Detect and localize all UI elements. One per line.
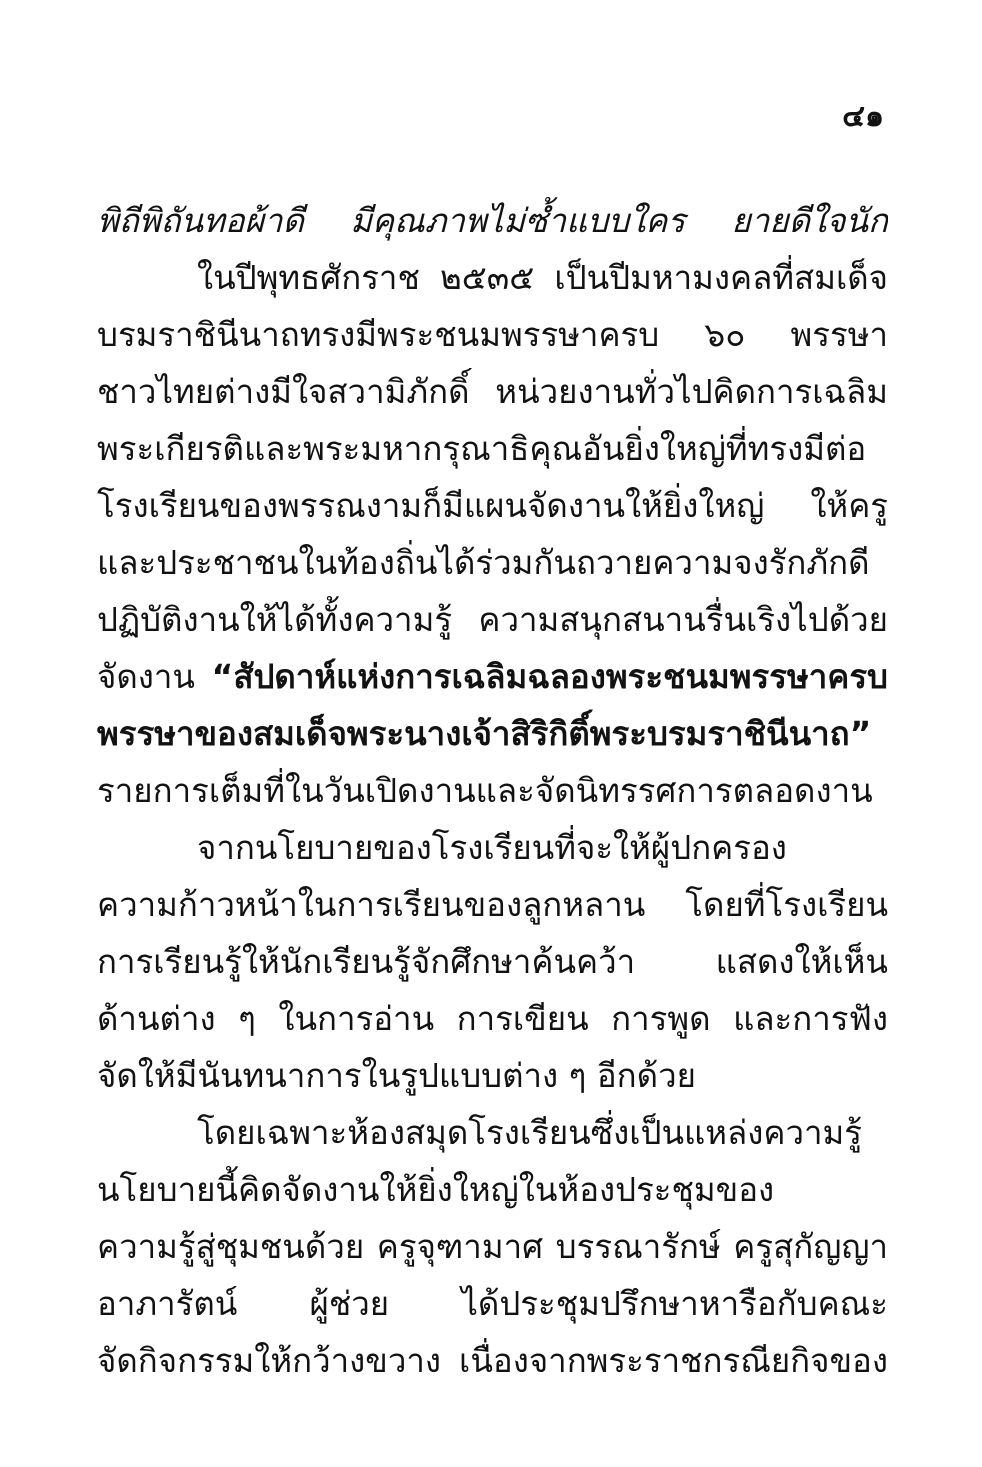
body-text: นโยบายนี้คิดจัดงานให้ยิ่งใหญ่ในห้องประชุ… xyxy=(97,1170,888,1218)
body-text: การเรียนรู้ให้นักเรียนรู้จักศึกษาค้นคว้า… xyxy=(97,942,888,990)
body-text: อาภารัตน์ ผู้ช่วย ได้ประชุมปรึกษาหารือกั… xyxy=(97,1284,888,1332)
emphasized-text: พรรษาของสมเด็จพระนางเจ้าสิริกิติ์พระบรมร… xyxy=(97,714,871,753)
page-number: ๔๑ xyxy=(842,100,884,134)
text-line: พระเกียรติและพระมหากรุณาธิคุณอันยิ่งใหญ่… xyxy=(97,420,888,477)
text-line: ปฏิบัติงานให้ได้ทั้งความรู้ ความสนุกสนาน… xyxy=(97,591,888,648)
text-line: ความก้าวหน้าในการเรียนของลูกหลาน โดยที่โ… xyxy=(97,876,888,933)
body-text: ด้านต่าง ๆ ในการอ่าน การเขียน การพูด และ… xyxy=(97,999,888,1047)
body-text: จัดกิจกรรมให้กว้างขวาง เนื่องจากพระราชกร… xyxy=(97,1341,888,1389)
text-line: อาภารัตน์ ผู้ช่วย ได้ประชุมปรึกษาหารือกั… xyxy=(97,1275,888,1332)
text-line: ในปีพุทธศักราช ๒๕๓๕ เป็นปีมหามงคลที่สมเด… xyxy=(97,249,888,306)
text-line: นโยบายนี้คิดจัดงานให้ยิ่งใหญ่ในห้องประชุ… xyxy=(97,1161,888,1218)
text-line: พรรษาของสมเด็จพระนางเจ้าสิริกิติ์พระบรมร… xyxy=(97,705,888,762)
text-line: การเรียนรู้ให้นักเรียนรู้จักศึกษาค้นคว้า… xyxy=(97,933,888,990)
body-text: พิถีพิถันทอผ้าดี มีคุณภาพไม่ซ้ำแบบใคร ยา… xyxy=(97,201,888,249)
text-line: จากนโยบายของโรงเรียนที่จะให้ผู้ปกครองนัก… xyxy=(97,819,888,876)
scanned-book-page: ๔๑ พิถีพิถันทอผ้าดี มีคุณภาพไม่ซ้ำแบบใคร… xyxy=(0,0,982,1467)
body-text: ในปีพุทธศักราช ๒๕๓๕ เป็นปีมหามงคลที่สมเด… xyxy=(97,258,888,306)
body-text: บรมราชินีนาถทรงมีพระชนมพรรษาครบ ๖๐ พรรษา… xyxy=(97,315,888,363)
body-text: ชาวไทยต่างมีใจสวามิภักดิ์ หน่วยงานทั่วไป… xyxy=(97,372,888,420)
body-text: โรงเรียนของพรรณงามก็มีแผนจัดงานให้ยิ่งให… xyxy=(97,486,888,534)
text-line: และประชาชนในท้องถิ่นได้ร่วมกันถวายความจง… xyxy=(97,534,888,591)
text-line: โรงเรียนของพรรณงามก็มีแผนจัดงานให้ยิ่งให… xyxy=(97,477,888,534)
text-line: โดยเฉพาะห้องสมุดโรงเรียนซึ่งเป็นแหล่งควา… xyxy=(97,1104,888,1161)
emphasized-text: “สัปดาห์แห่งการเฉลิมฉลองพระชนมพรรษาครบ ๖… xyxy=(97,657,888,705)
body-text: พระเกียรติและพระมหากรุณาธิคุณอันยิ่งใหญ่… xyxy=(97,429,866,477)
text-line: จัดกิจกรรมให้กว้างขวาง เนื่องจากพระราชกร… xyxy=(97,1332,888,1389)
text-line: ชาวไทยต่างมีใจสวามิภักดิ์ หน่วยงานทั่วไป… xyxy=(97,363,888,420)
text-line: บรมราชินีนาถทรงมีพระชนมพรรษาครบ ๖๐ พรรษา… xyxy=(97,306,888,363)
text-line: ด้านต่าง ๆ ในการอ่าน การเขียน การพูด และ… xyxy=(97,990,888,1047)
body-text: จัดให้มีนันทนาการในรูปแบบต่าง ๆ อีกด้วย xyxy=(97,1056,696,1095)
text-line: พิถีพิถันทอผ้าดี มีคุณภาพไม่ซ้ำแบบใคร ยา… xyxy=(97,192,888,249)
body-text: จากนโยบายของโรงเรียนที่จะให้ผู้ปกครองนัก… xyxy=(97,828,787,876)
body-text: ความก้าวหน้าในการเรียนของลูกหลาน โดยที่โ… xyxy=(97,885,888,933)
body-text: โดยเฉพาะห้องสมุดโรงเรียนซึ่งเป็นแหล่งควา… xyxy=(97,1113,862,1161)
body-text: และประชาชนในท้องถิ่นได้ร่วมกันถวายความจง… xyxy=(97,543,870,591)
text-line: รายการเต็มที่ในวันเปิดงานและจัดนิทรรศการ… xyxy=(97,762,888,819)
body-text: ความรู้สู่ชุมชนด้วย ครูจุฑามาศ บรรณารักษ… xyxy=(97,1227,888,1275)
text-line: จัดให้มีนันทนาการในรูปแบบต่าง ๆ อีกด้วย xyxy=(97,1047,888,1104)
body-text: จัดงาน xyxy=(97,657,212,696)
text-line: ความรู้สู่ชุมชนด้วย ครูจุฑามาศ บรรณารักษ… xyxy=(97,1218,888,1275)
text-block: พิถีพิถันทอผ้าดี มีคุณภาพไม่ซ้ำแบบใคร ยา… xyxy=(97,192,888,1389)
text-line: จัดงาน “สัปดาห์แห่งการเฉลิมฉลองพระชนมพรร… xyxy=(97,648,888,705)
body-text: ปฏิบัติงานให้ได้ทั้งความรู้ ความสนุกสนาน… xyxy=(97,600,888,648)
body-text: รายการเต็มที่ในวันเปิดงานและจัดนิทรรศการ… xyxy=(97,771,873,810)
